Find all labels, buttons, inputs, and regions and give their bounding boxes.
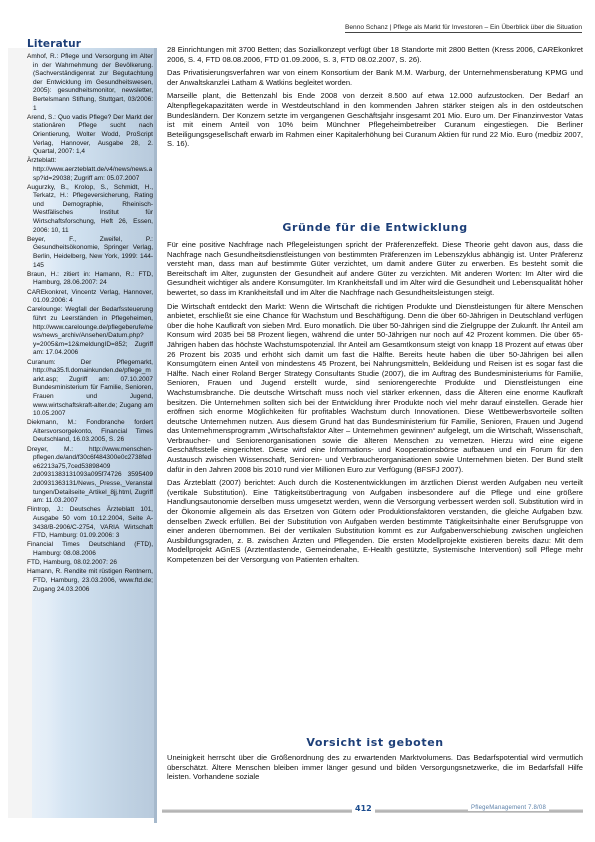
section-heading-caution: Vorsicht ist geboten xyxy=(167,736,583,749)
paragraph: Das Ärzteblatt (2007) berichtet: Auch du… xyxy=(167,478,583,564)
reference-item: Diekmann, M.: Fondbranche fordert Alters… xyxy=(27,419,153,445)
reference-item: Flintrop, J.: Deutsches Ärzteblatt 101, … xyxy=(27,506,153,540)
reference-item: Curanum: Der Pflegemarkt, http://ha35.fl… xyxy=(27,359,153,419)
references-title: Literatur xyxy=(27,38,81,50)
reference-item: Ärzteblatt: http://www.aerzteblatt.de/v4… xyxy=(27,157,153,183)
paragraph: Für eine positive Nachfrage nach Pflegel… xyxy=(167,240,583,298)
reference-item: Augurzky, B., Krolop, S., Schmidt, H., T… xyxy=(27,184,153,236)
reference-item: FTD, Hamburg, 08.02.2007: 26 xyxy=(27,559,153,568)
journal-name: PflegeManagement 7.8/08 xyxy=(468,805,549,811)
body-text-intro: 28 Einrichtungen mit 3700 Betten; das So… xyxy=(167,45,583,153)
sidebar-divider xyxy=(154,48,157,823)
paragraph: 28 Einrichtungen mit 3700 Betten; das So… xyxy=(167,45,583,64)
reference-item: Amhof, R.: Pflege und Versorgung im Alte… xyxy=(27,53,153,113)
running-header: Benno Schanz | Pflege als Markt für Inve… xyxy=(345,24,582,33)
paragraph: Uneinigkeit herrscht über die Größenordn… xyxy=(167,753,583,782)
body-text-reasons: Für eine positive Nachfrage nach Pflegel… xyxy=(167,240,583,569)
reference-item: Financial Times Deutschland (FTD), Hambu… xyxy=(27,541,153,558)
reference-item: CAREkonkret, Vincentz Verlag, Hannover, … xyxy=(27,289,153,306)
references-list: Amhof, R.: Pflege und Versorgung im Alte… xyxy=(27,53,153,595)
reference-item: Arend, S.: Quo vadis Pflege? Der Markt d… xyxy=(27,114,153,157)
reference-item: Braun, H.: zitiert in: Hamann, R.: FTD, … xyxy=(27,271,153,288)
body-text-caution: Uneinigkeit herrscht über die Größenordn… xyxy=(167,753,583,782)
section-heading-reasons: Gründe für die Entwicklung xyxy=(167,221,583,234)
reference-item: Dreyer, M.: http://www.menschen-pflegen.… xyxy=(27,446,153,506)
reference-item: Hamann, R. Rendite mit rüstigen Rentnern… xyxy=(27,568,153,594)
page-number: 412 xyxy=(352,804,375,813)
reference-item: Carelounge: Wegfall der Bedarfssteuerung… xyxy=(27,306,153,358)
reference-item: Beyer, F., Zweifel, P.: Gesundheitsökono… xyxy=(27,236,153,270)
paragraph: Marseille plant, die Bettenzahl bis Ende… xyxy=(167,91,583,149)
paragraph: Das Privatisierungsverfahren war von ein… xyxy=(167,68,583,87)
paragraph: Die Wirtschaft entdeckt den Markt: Wenn … xyxy=(167,302,583,475)
